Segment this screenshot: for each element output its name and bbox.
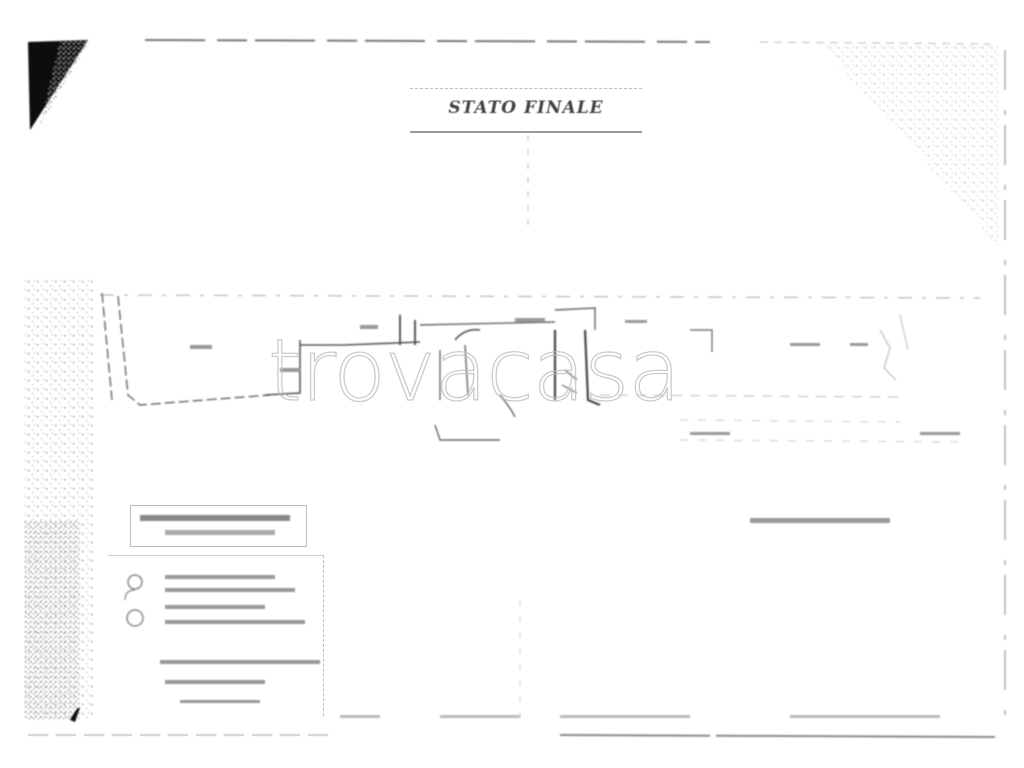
- watermark-logo: trovacasa: [268, 328, 680, 414]
- legend-block: [108, 555, 324, 716]
- scale-stamp-box: [130, 505, 307, 547]
- floor-plan-sheet: STATO FINALE trovacasa: [0, 0, 1024, 768]
- title-block: STATO FINALE: [410, 88, 642, 133]
- drawing-title: STATO FINALE: [410, 98, 642, 118]
